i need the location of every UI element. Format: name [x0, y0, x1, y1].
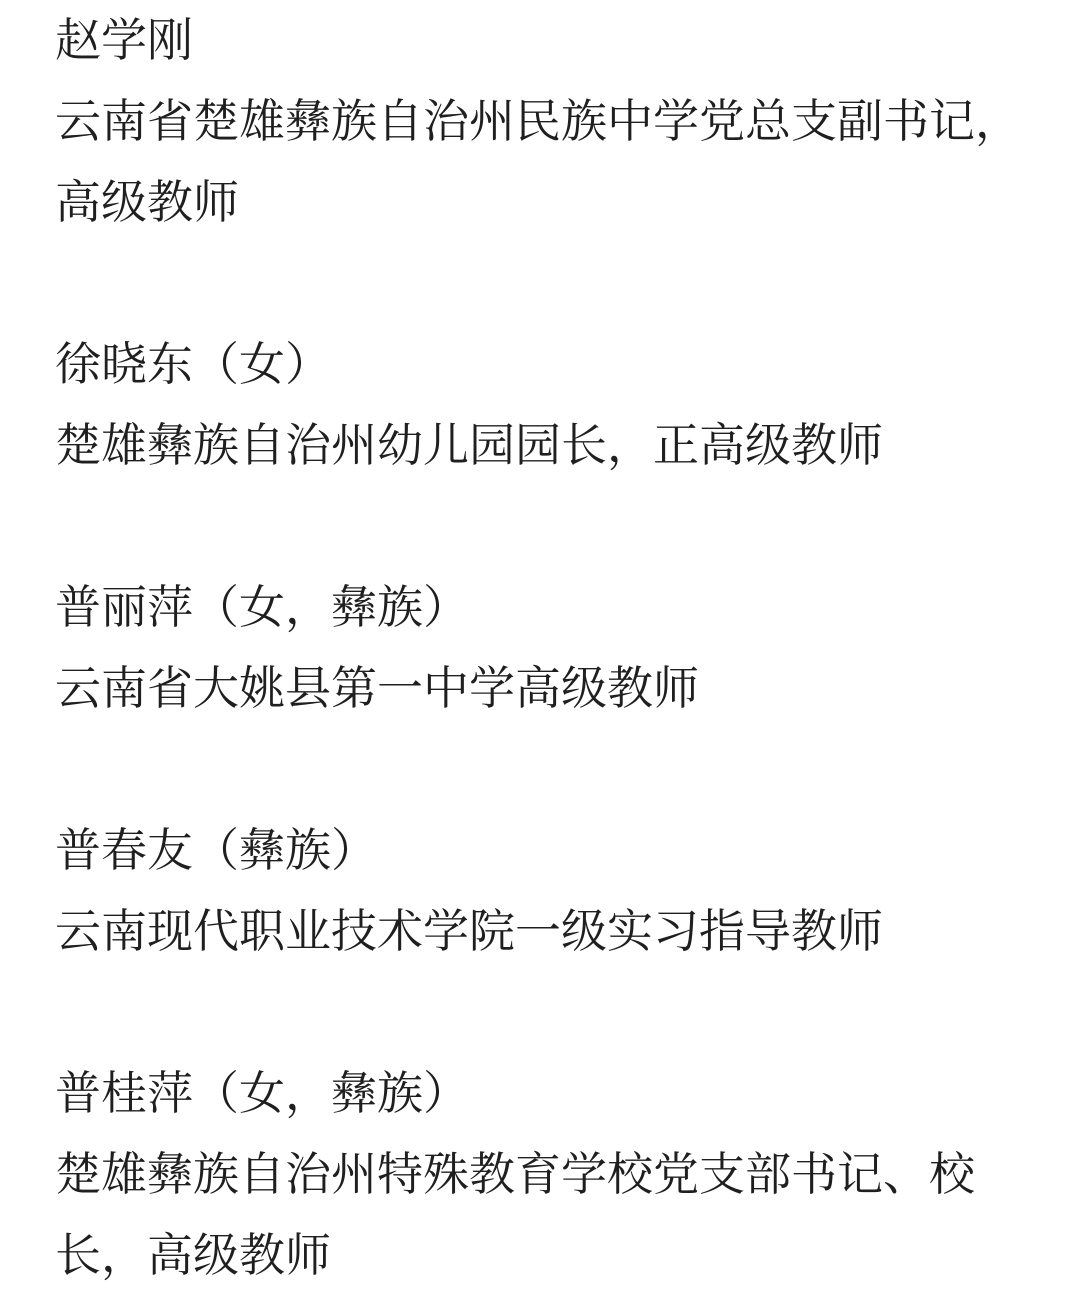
person-title-line: 高级教师 [55, 162, 1024, 243]
person-name: 普丽萍（女，彝族） [55, 567, 1024, 648]
person-name: 徐晓东（女） [55, 324, 1024, 405]
person-entry: 徐晓东（女） 楚雄彝族自治州幼儿园园长，正高级教师 [55, 324, 1024, 486]
person-title-line: 云南现代职业技术学院一级实习指导教师 [55, 891, 1024, 972]
person-entry: 赵学刚 云南省楚雄彝族自治州民族中学党总支副书记， 高级教师 [55, 0, 1024, 243]
person-title-line: 楚雄彝族自治州特殊教育学校党支部书记、校 [55, 1134, 1024, 1215]
person-name: 普春友（彝族） [55, 810, 1024, 891]
person-name: 普桂萍（女，彝族） [55, 1053, 1024, 1134]
person-title-line: 长，高级教师 [55, 1215, 1024, 1290]
document-page: 赵学刚 云南省楚雄彝族自治州民族中学党总支副书记， 高级教师 徐晓东（女） 楚雄… [0, 0, 1079, 1290]
person-title-line: 云南省大姚县第一中学高级教师 [55, 648, 1024, 729]
person-entry: 普春友（彝族） 云南现代职业技术学院一级实习指导教师 [55, 810, 1024, 972]
person-entry: 普丽萍（女，彝族） 云南省大姚县第一中学高级教师 [55, 567, 1024, 729]
person-entry: 普桂萍（女，彝族） 楚雄彝族自治州特殊教育学校党支部书记、校 长，高级教师 [55, 1053, 1024, 1290]
person-title-line: 楚雄彝族自治州幼儿园园长，正高级教师 [55, 405, 1024, 486]
person-title-line: 云南省楚雄彝族自治州民族中学党总支副书记， [55, 81, 1024, 162]
person-name: 赵学刚 [55, 0, 1024, 81]
